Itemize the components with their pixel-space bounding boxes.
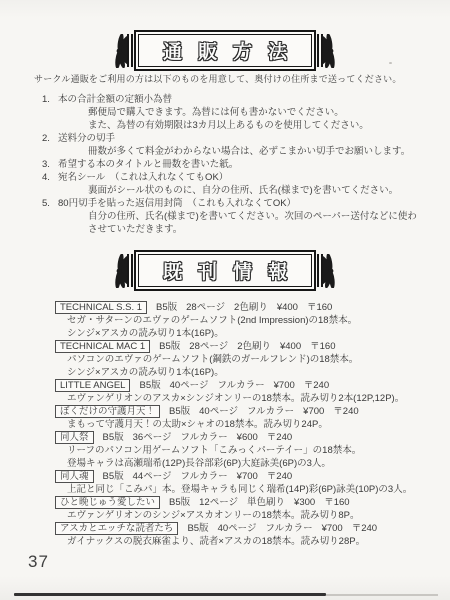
book-size: B5版 bbox=[169, 406, 190, 417]
instruction-detail: させていただきます。 bbox=[42, 223, 437, 236]
book-title: アスカとエッチな読者たち bbox=[55, 522, 178, 535]
book-postage: 〒240 bbox=[267, 432, 292, 443]
book-entry: TECHNICAL S.S. 1B5版28ページ2色刷り¥400〒160 セガ・… bbox=[55, 301, 443, 340]
book-size: B5版 bbox=[139, 380, 160, 391]
book-postage: 〒240 bbox=[267, 471, 292, 482]
header-box: 通販方法 bbox=[134, 30, 316, 71]
book-title: LITTLE ANGEL bbox=[55, 379, 130, 392]
fan-ornament-icon bbox=[323, 34, 349, 68]
header-rule-left bbox=[127, 34, 133, 67]
book-price: ¥700 bbox=[303, 406, 324, 417]
book-color: 単色刷り bbox=[247, 497, 285, 508]
fan-ornament-icon bbox=[101, 254, 127, 288]
book-pages: 36ページ bbox=[133, 432, 172, 443]
fan-ornament-icon bbox=[101, 34, 127, 68]
book-entry: アスカとエッチな読者たちB5版40ページフルカラー¥700〒240 ガイナックス… bbox=[55, 522, 443, 548]
book-price: ¥400 bbox=[280, 341, 301, 352]
item-text: 本の合計金額の定額小為替 bbox=[58, 94, 172, 105]
item-text: 80円切手を貼った返信用封筒 （これも入れなくてOK） bbox=[58, 198, 296, 209]
book-description: セガ・サターンのエヴァのゲームソフト(2nd Impression)の18禁本。 bbox=[55, 314, 443, 327]
book-size: B5版 bbox=[156, 302, 177, 313]
instruction-item: 1.本の合計金額の定額小為替 郵便局で購入できます。為替には何も書かないでくださ… bbox=[42, 93, 437, 132]
header-box: 既刊情報 bbox=[134, 250, 316, 291]
item-text: 送料分の切手 bbox=[58, 133, 115, 144]
book-title: ひと晩じゅう愛したい bbox=[55, 496, 160, 509]
instruction-item: 3.希望する本のタイトルと冊数を書いた紙。 bbox=[42, 158, 437, 171]
scanned-catalog-page: 通販方法 サークル通販をご利用の方は以下のものを用意して、奥付けの住所まで送って… bbox=[0, 0, 450, 600]
item-number: 4. bbox=[42, 171, 58, 184]
book-pages: 40ページ bbox=[170, 380, 209, 391]
book-size: B5版 bbox=[169, 497, 190, 508]
instruction-detail: また、為替の有効期限は3カ月以上あるものを使用してください。 bbox=[42, 119, 437, 132]
book-size: B5版 bbox=[103, 471, 124, 482]
book-title: TECHNICAL MAC 1 bbox=[55, 340, 150, 353]
mail-order-intro: サークル通販をご利用の方は以下のものを用意して、奥付けの住所まで送ってください。 bbox=[34, 72, 402, 85]
book-list: TECHNICAL S.S. 1B5版28ページ2色刷り¥400〒160 セガ・… bbox=[55, 301, 443, 548]
book-postage: 〒240 bbox=[304, 380, 329, 391]
item-number: 1. bbox=[42, 93, 58, 106]
book-postage: 〒240 bbox=[333, 406, 358, 417]
instruction-detail: 裏面がシール状のものに、自分の住所、氏名(様まで)を書いてください。 bbox=[42, 184, 437, 197]
book-color: フルカラー bbox=[218, 380, 265, 391]
book-price: ¥700 bbox=[237, 471, 258, 482]
book-postage: 〒160 bbox=[307, 302, 332, 313]
book-description: 上記と同じ「こみパ」本。登場キャラも同じく瑞希(14P)彩(6P)詠美(10P)… bbox=[55, 483, 443, 496]
item-text: 希望する本のタイトルと冊数を書いた紙。 bbox=[58, 159, 238, 170]
book-price: ¥700 bbox=[322, 523, 343, 534]
book-color: 2色刷り bbox=[237, 341, 271, 352]
instruction-detail: 自分の住所、氏名(様まで)を書いてください。次回のペーパー送付などに使わ bbox=[42, 210, 437, 223]
item-text: 宛名シール （これは入れなくてもOK） bbox=[58, 172, 228, 183]
book-pages: 40ページ bbox=[199, 406, 238, 417]
fan-ornament-icon bbox=[323, 254, 349, 288]
instruction-detail: 冊数が多くて料金がわからない場合は、必ずこまかい切手でお願いします。 bbox=[42, 145, 437, 158]
mail-order-instructions: 1.本の合計金額の定額小為替 郵便局で購入できます。為替には何も書かないでくださ… bbox=[42, 93, 437, 236]
instruction-item: 2.送料分の切手 冊数が多くて料金がわからない場合は、必ずこまかい切手でお願いし… bbox=[42, 132, 437, 158]
book-postage: 〒160 bbox=[324, 497, 349, 508]
scan-edge-shadow bbox=[14, 593, 326, 596]
book-price: ¥700 bbox=[274, 380, 295, 391]
book-pages: 44ページ bbox=[133, 471, 172, 482]
book-color: 2色刷り bbox=[234, 302, 268, 313]
book-color: フルカラー bbox=[181, 432, 228, 443]
book-price: ¥600 bbox=[237, 432, 258, 443]
book-entry: ぼくだけの守護月天！B5版40ページフルカラー¥700〒240 まもって守護月天… bbox=[55, 405, 443, 431]
book-pages: 12ページ bbox=[199, 497, 238, 508]
item-number: 3. bbox=[42, 158, 58, 171]
book-color: フルカラー bbox=[247, 406, 294, 417]
section-title: 既刊情報 bbox=[138, 254, 312, 287]
book-postage: 〒160 bbox=[310, 341, 335, 352]
page-number: 37 bbox=[28, 552, 49, 572]
book-description: ガイナックスの脱衣麻雀より、読者×アスカの18禁本。読み切り28P。 bbox=[55, 535, 443, 548]
book-size: B5版 bbox=[103, 432, 124, 443]
book-description: パソコンのエヴァのゲームソフト(鋼鉄のガールフレンド)の18禁本。 bbox=[55, 353, 443, 366]
book-size: B5版 bbox=[187, 523, 208, 534]
book-price: ¥300 bbox=[294, 497, 315, 508]
book-color: フルカラー bbox=[265, 523, 312, 534]
book-color: フルカラー bbox=[181, 471, 228, 482]
book-description: まもって守護月天！の太助×シャオの18禁本。読み切り24P。 bbox=[55, 418, 443, 431]
book-description: エヴァンゲリオンのシンジ×アスカオンリーの18禁本。読み切り8P。 bbox=[55, 509, 443, 522]
book-title: ぼくだけの守護月天！ bbox=[55, 405, 160, 418]
book-pages: 40ページ bbox=[218, 523, 257, 534]
book-description: 登場キャラは高瀬瑞希(12P)長谷部彩(6P)大庭詠美(6P)の3人。 bbox=[55, 457, 443, 470]
scan-edge-shadow-faint bbox=[326, 594, 438, 596]
book-entry: 同人祭B5版36ページフルカラー¥600〒240 リーフのパソコン用ゲームソフト… bbox=[55, 431, 443, 470]
book-description: シンジ×アスカの読み切り1本(16P)。 bbox=[55, 327, 443, 340]
section-header-back-catalog: 既刊情報 bbox=[101, 250, 349, 291]
instruction-detail: 郵便局で購入できます。為替には何も書かないでください。 bbox=[42, 106, 437, 119]
instruction-item: 4.宛名シール （これは入れなくてもOK） 裏面がシール状のものに、自分の住所、… bbox=[42, 171, 437, 197]
book-entry: 同人魂B5版44ページフルカラー¥700〒240 上記と同じ「こみパ」本。登場キ… bbox=[55, 470, 443, 496]
book-price: ¥400 bbox=[277, 302, 298, 313]
book-size: B5版 bbox=[159, 341, 180, 352]
book-title: TECHNICAL S.S. 1 bbox=[55, 301, 147, 314]
book-description: シンジ×アスカの読み切り1本(16P)。 bbox=[55, 366, 443, 379]
book-entry: LITTLE ANGELB5版40ページフルカラー¥700〒240 エヴァンゲリ… bbox=[55, 379, 443, 405]
book-entry: ひと晩じゅう愛したいB5版12ページ単色刷り¥300〒160 エヴァンゲリオンの… bbox=[55, 496, 443, 522]
book-pages: 28ページ bbox=[189, 341, 228, 352]
book-pages: 28ページ bbox=[186, 302, 225, 313]
book-entry: TECHNICAL MAC 1B5版28ページ2色刷り¥400〒160 パソコン… bbox=[55, 340, 443, 379]
book-description: リーフのパソコン用ゲームソフト「こみっくパーテイー」の18禁本。 bbox=[55, 444, 443, 457]
item-number: 5. bbox=[42, 197, 58, 210]
book-title: 同人祭 bbox=[55, 431, 94, 444]
book-description: エヴァンゲリオンのアスカ×シンジオンリーの18禁本。読み切り2本(12P,12P… bbox=[55, 392, 443, 405]
scan-noise-speck bbox=[389, 62, 392, 64]
section-title: 通販方法 bbox=[138, 34, 312, 67]
section-header-mail-order: 通販方法 bbox=[101, 30, 349, 71]
book-postage: 〒240 bbox=[352, 523, 377, 534]
item-number: 2. bbox=[42, 132, 58, 145]
instruction-item: 5.80円切手を貼った返信用封筒 （これも入れなくてOK） 自分の住所、氏名(様… bbox=[42, 197, 437, 236]
book-title: 同人魂 bbox=[55, 470, 94, 483]
header-rule-left bbox=[127, 254, 133, 287]
